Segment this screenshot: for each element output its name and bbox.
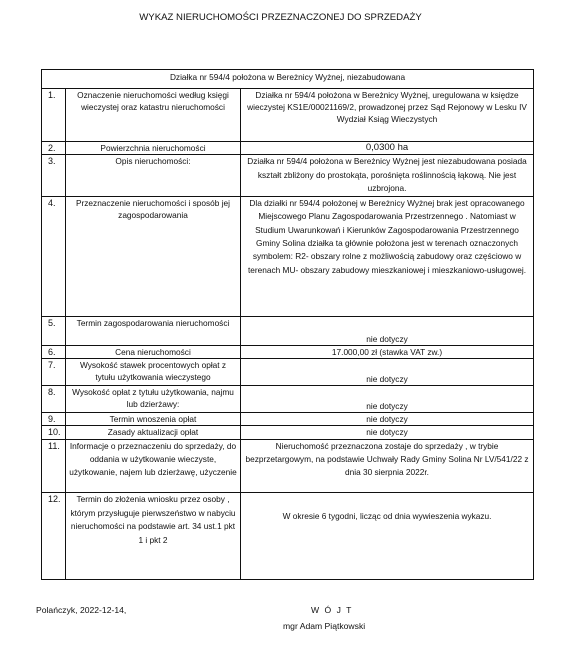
- row-label: Zasady aktualizacji opłat: [66, 426, 241, 440]
- table-header-row: Działka nr 594/4 położona w Bereżnicy Wy…: [42, 70, 534, 89]
- row-number: 11.: [42, 440, 66, 493]
- row-number: 9.: [42, 413, 66, 426]
- property-table: Działka nr 594/4 położona w Bereżnicy Wy…: [41, 69, 534, 580]
- row-number: 2.: [42, 142, 66, 155]
- table-row: 5. Termin zagospodarowania nieruchomości…: [42, 317, 534, 346]
- row-number: 12.: [42, 493, 66, 580]
- row-label: Przeznaczenie nieruchomości i sposób jej…: [66, 197, 241, 317]
- row-value: nie dotyczy: [241, 426, 534, 440]
- row-number: 6.: [42, 346, 66, 359]
- signatory-name: mgr Adam Piątkowski: [283, 621, 365, 631]
- row-label: Opis nieruchomości:: [66, 155, 241, 197]
- row-value: Działka nr 594/4 położona w Bereżnicy Wy…: [241, 89, 534, 142]
- row-value: nie dotyczy: [241, 386, 534, 413]
- row-number: 3.: [42, 155, 66, 197]
- table-row: 7. Wysokość stawek procentowych opłat z …: [42, 359, 534, 386]
- table-row: 2. Powierzchnia nieruchomości 0,0300 ha: [42, 142, 534, 155]
- table-row: 4. Przeznaczenie nieruchomości i sposób …: [42, 197, 534, 317]
- document-title: WYKAZ NIERUCHOMOŚCI PRZEZNACZONEJ DO SPR…: [0, 12, 561, 23]
- row-value: nie dotyczy: [241, 413, 534, 426]
- row-value: Dla działki nr 594/4 położonej w Bereżni…: [241, 197, 534, 317]
- table-row: 11. Informacje o przeznaczeniu do sprzed…: [42, 440, 534, 493]
- row-number: 10.: [42, 426, 66, 440]
- row-value: Nieruchomość przeznaczona zostaje do spr…: [241, 440, 534, 493]
- row-number: 1.: [42, 89, 66, 142]
- table-row: 9. Termin wnoszenia opłat nie dotyczy: [42, 413, 534, 426]
- table-row: 3. Opis nieruchomości: Działka nr 594/4 …: [42, 155, 534, 197]
- row-number: 4.: [42, 197, 66, 317]
- table-row: 1. Oznaczenie nieruchomości według księg…: [42, 89, 534, 142]
- row-value: nie dotyczy: [241, 317, 534, 346]
- row-label: Powierzchnia nieruchomości: [66, 142, 241, 155]
- row-number: 8.: [42, 386, 66, 413]
- table-row: 8. Wysokość opłat z tytułu użytkowania, …: [42, 386, 534, 413]
- row-value: W okresie 6 tygodni, licząc od dnia wywi…: [241, 493, 534, 580]
- table-row: 6. Cena nieruchomości 17.000,00 zł (staw…: [42, 346, 534, 359]
- table-row: 10. Zasady aktualizacji opłat nie dotycz…: [42, 426, 534, 440]
- row-value: 0,0300 ha: [241, 142, 534, 155]
- row-value: nie dotyczy: [241, 359, 534, 386]
- row-label: Termin wnoszenia opłat: [66, 413, 241, 426]
- row-value: Działka nr 594/4 położona w Bereżnicy Wy…: [241, 155, 534, 197]
- table-row: 12. Termin do złożenia wniosku przez oso…: [42, 493, 534, 580]
- row-number: 5.: [42, 317, 66, 346]
- place-date: Polańczyk, 2022-12-14,: [36, 605, 126, 615]
- row-label: Informacje o przeznaczeniu do sprzedaży,…: [66, 440, 241, 493]
- row-number: 7.: [42, 359, 66, 386]
- row-label: Wysokość opłat z tytułu użytkowania, naj…: [66, 386, 241, 413]
- table-header: Działka nr 594/4 położona w Bereżnicy Wy…: [42, 70, 534, 89]
- row-value: 17.000,00 zł (stawka VAT zw.): [241, 346, 534, 359]
- row-label: Oznaczenie nieruchomości według księgi w…: [66, 89, 241, 142]
- row-label: Termin do złożenia wniosku przez osoby ,…: [66, 493, 241, 580]
- row-label: Termin zagospodarowania nieruchomości: [66, 317, 241, 346]
- row-label: Wysokość stawek procentowych opłat z tyt…: [66, 359, 241, 386]
- row-label: Cena nieruchomości: [66, 346, 241, 359]
- signatory-title: W Ó J T: [311, 605, 353, 615]
